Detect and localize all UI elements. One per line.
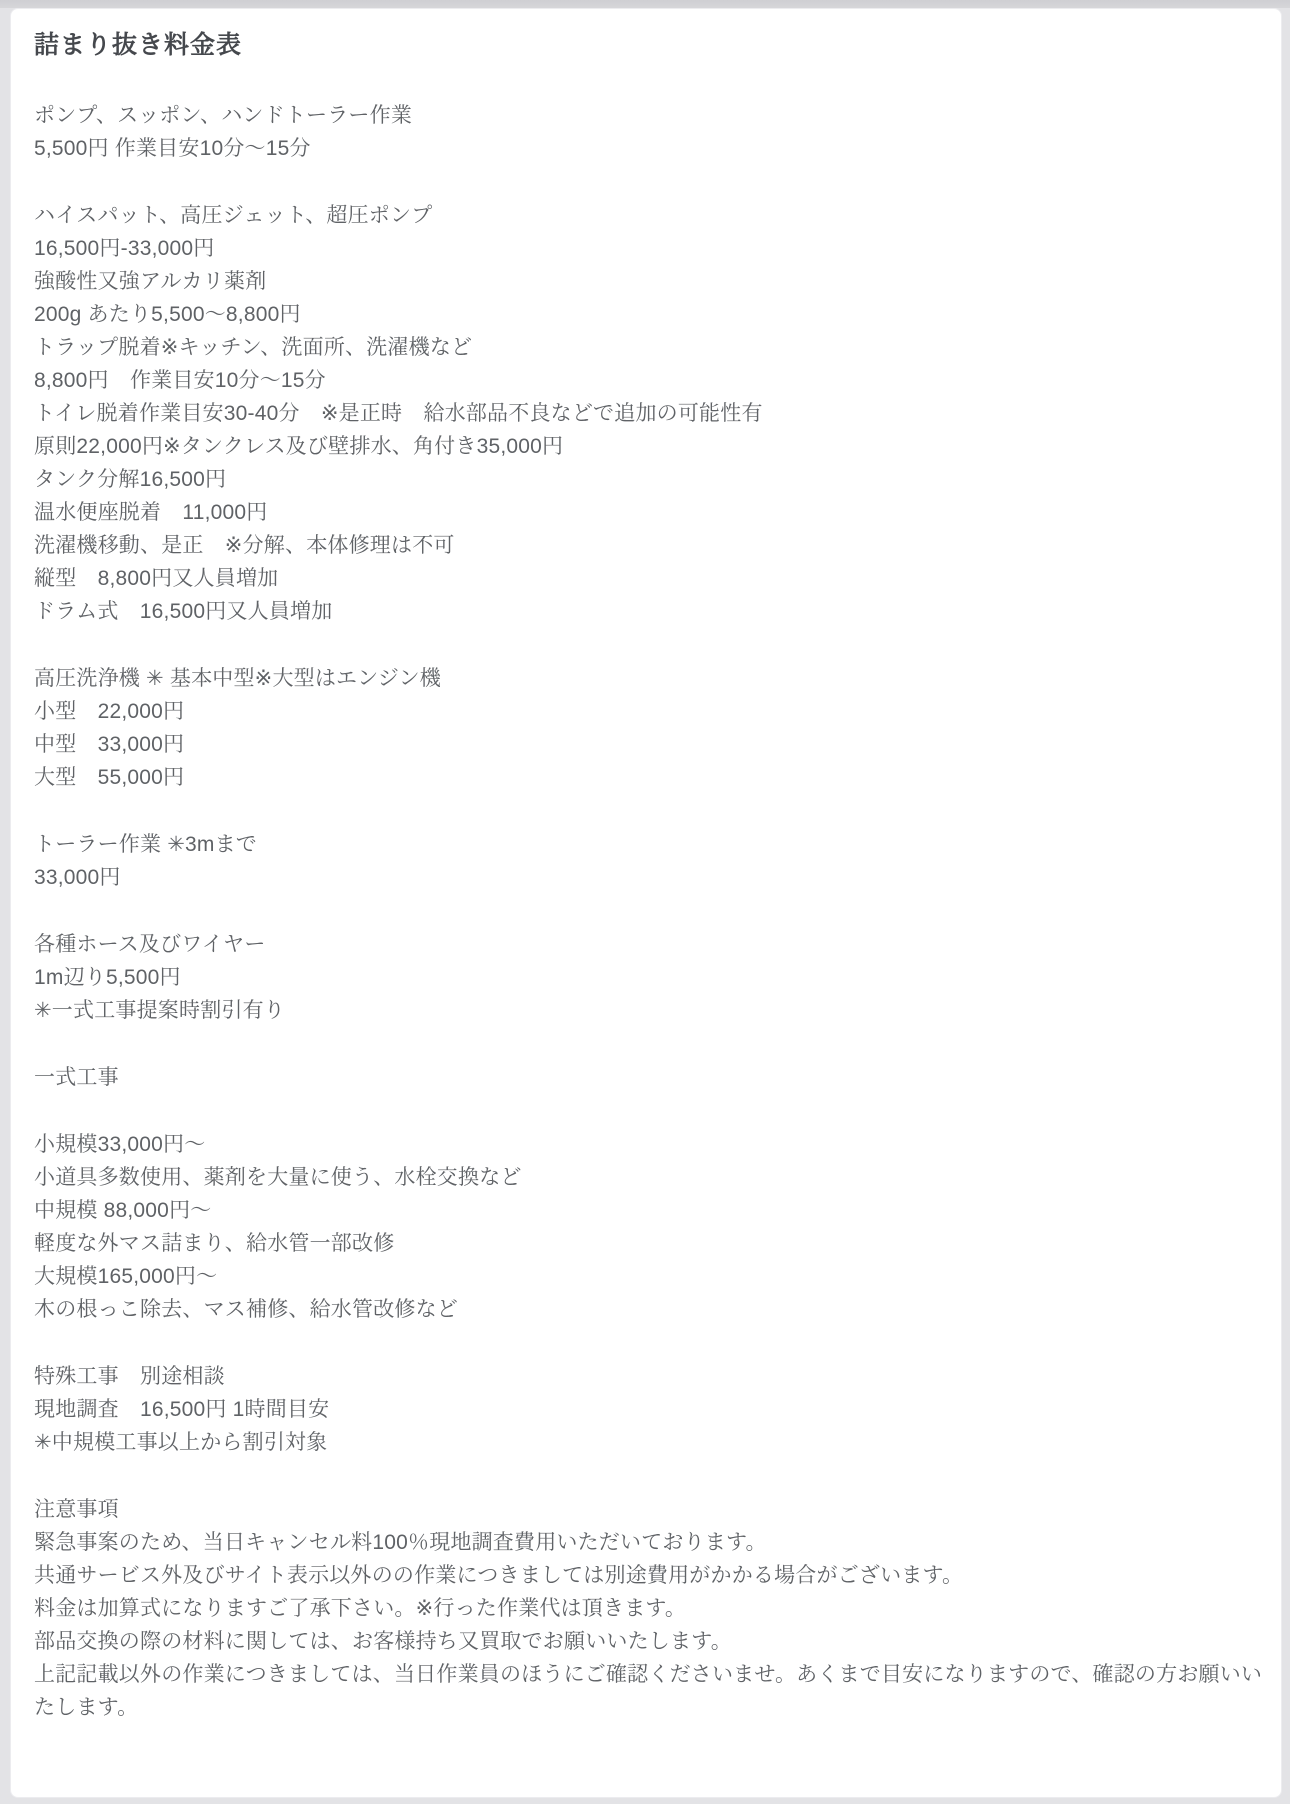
price-line: ハイスパット、高圧ジェット、超圧ポンプ (34, 199, 1271, 232)
note-line: 料金は加算式になりますご了承下さい。※行った作業代は頂きます。 (34, 1592, 1271, 1625)
price-section-pump: ポンプ、スッポン、ハンドトーラー作業 5,500円 作業目安10分～15分 (34, 99, 1271, 165)
price-section-toller: トーラー作業 ✳3mまで 33,000円 (34, 828, 1271, 894)
notes-heading: 注意事項 (34, 1493, 1271, 1526)
price-line: 小型 22,000円 (34, 695, 1271, 728)
price-line: タンク分解16,500円 (34, 463, 1271, 496)
page-title: 詰まり抜き料金表 (34, 25, 1271, 65)
price-line: 16,500円-33,000円 (34, 232, 1271, 265)
price-line: 温水便座脱着 11,000円 (34, 496, 1271, 529)
price-section-washer: 高圧洗浄機 ✳ 基本中型※大型はエンジン機 小型 22,000円 中型 33,0… (34, 662, 1271, 794)
price-section-notes: 注意事項 緊急事案のため、当日キャンセル料100％現地調査費用いただいております… (34, 1493, 1271, 1724)
price-line: ✳一式工事提案時割引有り (34, 994, 1271, 1027)
note-line: 部品交換の際の材料に関しては、お客様持ち又買取でお願いいたします。 (34, 1625, 1271, 1658)
price-line: トイレ脱着作業目安30-40分 ※是正時 給水部品不良などで追加の可能性有 (34, 397, 1271, 430)
price-section-special-work: 特殊工事 別途相談 現地調査 16,500円 1時間目安 ✳中規模工事以上から割… (34, 1360, 1271, 1459)
note-line: 共通サービス外及びサイト表示以外のの作業につきましては別途費用がかかる場合がござ… (34, 1559, 1271, 1592)
price-line: 木の根っこ除去、マス補修、給水管改修など (34, 1293, 1271, 1326)
price-line: 現地調査 16,500円 1時間目安 (34, 1393, 1271, 1426)
price-line: 小道具多数使用、薬剤を大量に使う、水栓交換など (34, 1161, 1271, 1194)
note-line: 上記記載以外の作業につきましては、当日作業員のほうにご確認くださいませ。あくまで… (34, 1658, 1271, 1724)
price-line: 大規模165,000円～ (34, 1260, 1271, 1293)
price-line: 33,000円 (34, 861, 1271, 894)
price-line: 中型 33,000円 (34, 728, 1271, 761)
price-line: 高圧洗浄機 ✳ 基本中型※大型はエンジン機 (34, 662, 1271, 695)
price-line: 8,800円 作業目安10分～15分 (34, 364, 1271, 397)
price-line: ✳中規模工事以上から割引対象 (34, 1426, 1271, 1459)
price-line: 各種ホース及びワイヤー (34, 928, 1271, 961)
price-section-hose-wire: 各種ホース及びワイヤー 1m辺り5,500円 ✳一式工事提案時割引有り (34, 928, 1271, 1027)
price-line: 強酸性又強アルカリ薬剤 (34, 265, 1271, 298)
price-line: 特殊工事 別途相談 (34, 1360, 1271, 1393)
price-line: 一式工事 (34, 1061, 1271, 1094)
price-line: 縦型 8,800円又人員増加 (34, 562, 1271, 595)
note-line: 緊急事案のため、当日キャンセル料100％現地調査費用いただいております。 (34, 1526, 1271, 1559)
price-line: 洗濯機移動、是正 ※分解、本体修理は不可 (34, 529, 1271, 562)
price-line: トラップ脱着※キッチン、洗面所、洗濯機など (34, 331, 1271, 364)
price-line: 小規模33,000円～ (34, 1128, 1271, 1161)
price-line: 原則22,000円※タンクレス及び壁排水、角付き35,000円 (34, 430, 1271, 463)
price-line: トーラー作業 ✳3mまで (34, 828, 1271, 861)
price-line: ポンプ、スッポン、ハンドトーラー作業 (34, 99, 1271, 132)
price-line: 軽度な外マス詰まり、給水管一部改修 (34, 1227, 1271, 1260)
price-card: 詰まり抜き料金表 ポンプ、スッポン、ハンドトーラー作業 5,500円 作業目安1… (10, 8, 1282, 1798)
price-line: 1m辺り5,500円 (34, 961, 1271, 994)
price-line: 200g あたり5,500～8,800円 (34, 298, 1271, 331)
price-line: 大型 55,000円 (34, 761, 1271, 794)
price-line: 5,500円 作業目安10分～15分 (34, 132, 1271, 165)
price-section-lump-sum-heading: 一式工事 (34, 1061, 1271, 1094)
price-line: 中規模 88,000円～ (34, 1194, 1271, 1227)
price-section-highpressure: ハイスパット、高圧ジェット、超圧ポンプ 16,500円-33,000円 強酸性又… (34, 199, 1271, 628)
price-section-lump-sum-detail: 小規模33,000円～ 小道具多数使用、薬剤を大量に使う、水栓交換など 中規模 … (34, 1128, 1271, 1326)
price-line: ドラム式 16,500円又人員増加 (34, 595, 1271, 628)
